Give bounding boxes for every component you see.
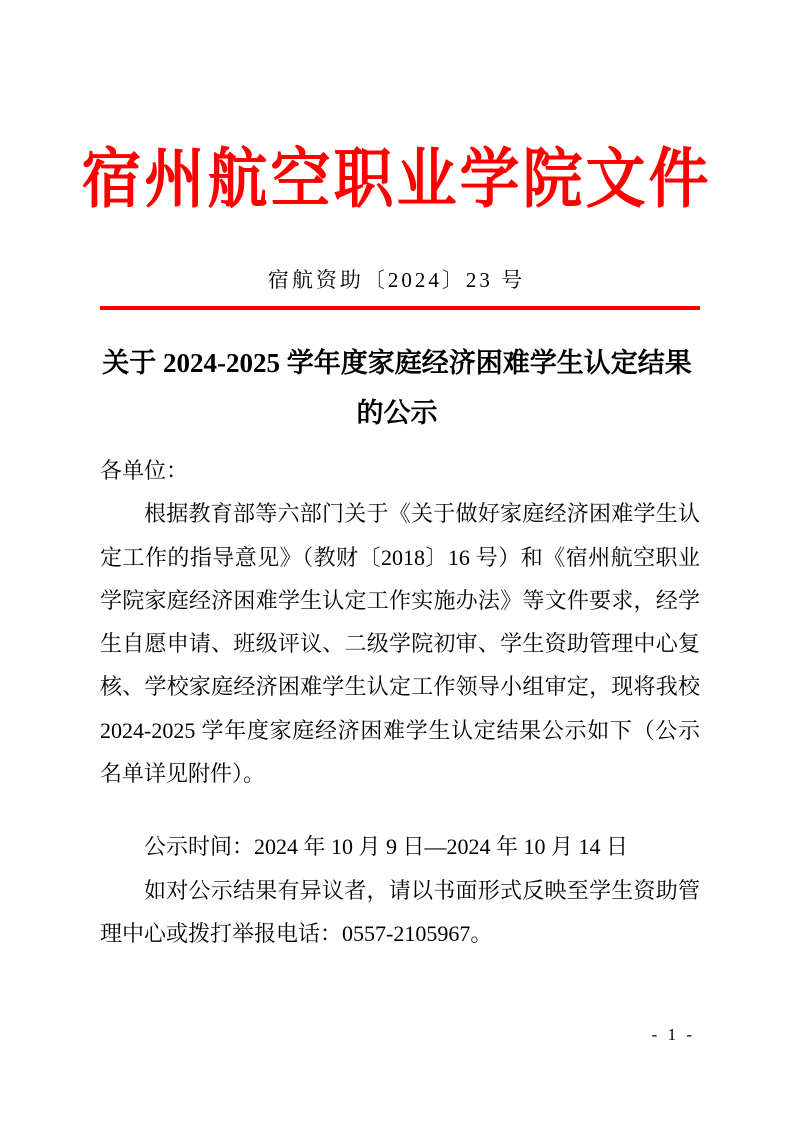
page-number: - 1 -	[652, 1025, 695, 1045]
document-header-title: 宿州航空职业学院文件	[0, 134, 793, 225]
document-page: 宿州航空职业学院文件 宿航资助〔2024〕23 号 关于 2024-2025 学…	[0, 0, 793, 1122]
objection-note: 如对公示结果有异议者，请以书面形式反映至学生资助管理中心或拨打举报电话：0557…	[100, 869, 700, 956]
document-title: 关于 2024-2025 学年度家庭经济困难学生认定结果的公示	[96, 338, 698, 438]
salutation: 各单位：	[100, 449, 700, 492]
body-paragraph: 根据教育部等六部门关于《关于做好家庭经济困难学生认定工作的指导意见》（教财〔20…	[100, 492, 700, 795]
publicity-period: 公示时间：2024 年 10 月 9 日—2024 年 10 月 14 日	[100, 825, 700, 868]
document-number: 宿航资助〔2024〕23 号	[0, 264, 793, 294]
red-divider-line	[100, 306, 700, 310]
document-body: 各单位： 根据教育部等六部门关于《关于做好家庭经济困难学生认定工作的指导意见》（…	[100, 449, 700, 955]
